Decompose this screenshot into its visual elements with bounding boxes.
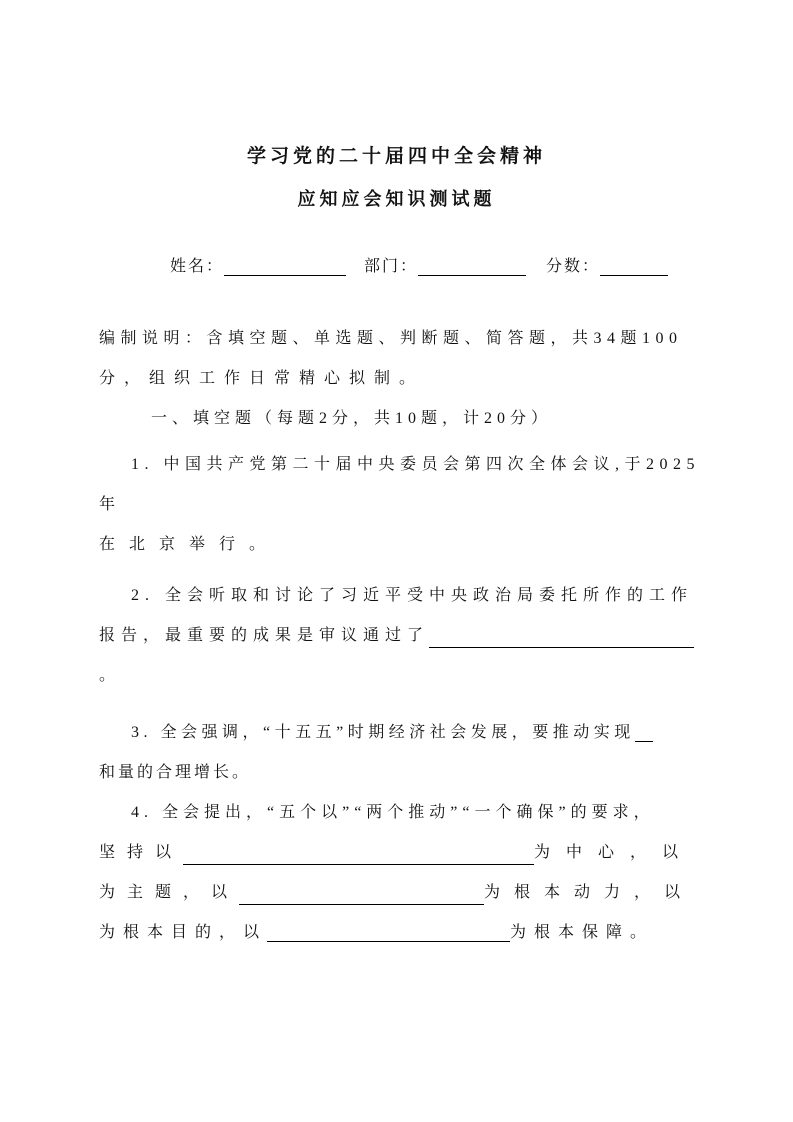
q4-line-4-pre: 为根本目的，以: [99, 924, 267, 941]
q3-line-1-text: 3. 全会强调，“十五五”时期经济社会发展，要推动实现: [131, 724, 635, 741]
intro-line-1: 编制说明：含填空题、单选题、判断题、简答题，共34题100: [99, 319, 694, 359]
q4-line-3-pre: 为主题，以: [99, 873, 239, 913]
q4-line-2: 坚持以为中心，以: [99, 833, 694, 873]
page-title: 学习党的二十届四中全会精神: [99, 146, 694, 168]
page-subtitle: 应知应会知识测试题: [99, 188, 694, 210]
score-label: 分数：: [546, 258, 600, 275]
dept-label: 部门：: [364, 258, 418, 275]
q4-answer-blank-2[interactable]: [239, 873, 484, 905]
q1-line-3: 在北京举行。: [99, 525, 694, 565]
q4-line-3: 为主题，以为根本动力，以: [99, 873, 694, 913]
q2-line-3: 。: [99, 656, 694, 696]
q4-line-2-pre: 坚持以: [99, 833, 183, 873]
q4-line-2-post: 为中心，以: [534, 833, 694, 873]
question-3: 3. 全会强调，“十五五”时期经济社会发展，要推动实现 和量的合理增长。: [99, 713, 694, 793]
question-4: 4. 全会提出，“五个以”“两个推动”“一个确保”的要求， 坚持以为中心，以 为…: [99, 793, 694, 953]
q4-line-4: 为根本目的，以为根本保障。: [99, 913, 694, 953]
document-page: 学习党的二十届四中全会精神 应知应会知识测试题 姓名：部门：分数： 编制说明：含…: [0, 0, 793, 1122]
score-blank[interactable]: [600, 255, 668, 276]
q4-line-4-post: 为根本保障。: [510, 924, 654, 941]
question-2: 2. 全会听取和讨论了习近平受中央政治局委托所作的工作 报告，最重要的成果是审议…: [99, 576, 694, 696]
q2-answer-blank[interactable]: [429, 616, 694, 648]
question-1: 1. 中国共产党第二十届中央委员会第四次全体会议,于2025 年 在北京举行。: [99, 445, 694, 565]
header-fields-row: 姓名：部门：分数：: [170, 254, 694, 280]
q1-line-1: 1. 中国共产党第二十届中央委员会第四次全体会议,于2025: [99, 445, 694, 485]
q2-line-2-text: 报告，最重要的成果是审议通过了: [99, 616, 429, 656]
q4-line-1: 4. 全会提出，“五个以”“两个推动”“一个确保”的要求，: [99, 793, 694, 833]
name-label: 姓名：: [170, 258, 224, 275]
document-body: 编制说明：含填空题、单选题、判断题、简答题，共34题100 分，组织工作日常精心…: [99, 319, 694, 953]
q1-line-2: 年: [99, 485, 694, 525]
q4-answer-blank-1[interactable]: [183, 833, 534, 865]
q2-line-2: 报告，最重要的成果是审议通过了: [99, 616, 694, 656]
q4-answer-blank-3[interactable]: [267, 921, 510, 942]
name-blank[interactable]: [224, 255, 346, 276]
intro-line-2: 分，组织工作日常精心拟制。: [99, 359, 694, 399]
q3-answer-blank[interactable]: [635, 721, 653, 742]
section-1-heading-paragraph: 一、填空题（每题2分，共10题，计20分）: [99, 399, 694, 439]
section-1-heading: 一、填空题（每题2分，共10题，计20分）: [99, 399, 694, 439]
dept-blank[interactable]: [418, 255, 526, 276]
q4-line-3-post: 为根本动力，以: [484, 873, 694, 913]
q3-line-1: 3. 全会强调，“十五五”时期经济社会发展，要推动实现: [99, 713, 694, 753]
q2-line-1: 2. 全会听取和讨论了习近平受中央政治局委托所作的工作: [99, 576, 694, 616]
q3-line-2: 和量的合理增长。: [99, 753, 694, 793]
intro-paragraph: 编制说明：含填空题、单选题、判断题、简答题，共34题100 分，组织工作日常精心…: [99, 319, 694, 399]
